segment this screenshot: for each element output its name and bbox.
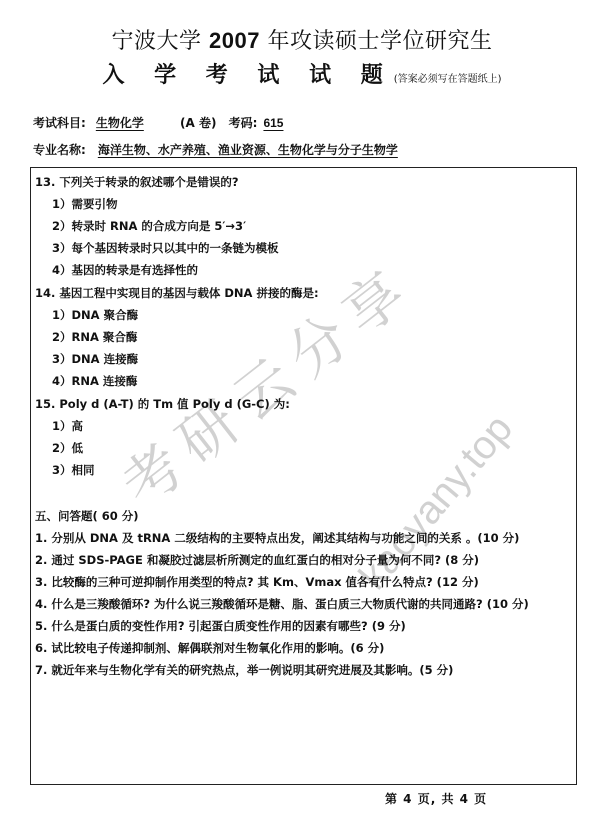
major-line: 专业名称:海洋生物、水产养殖、渔业资源、生物化学与分子生物学 [33,141,412,158]
title-prefix: 宁波大学 [112,29,202,54]
essay-question-7: 7. 就近年来与生物化学有关的研究热点，举一例说明其研究进展及其影响。(5 分) [35,662,453,678]
subtitle-text: 入 学 考 试 试 题 [102,63,393,88]
question-14-option-4: 4）RNA 连接酶 [52,373,137,389]
question-13-option-2: 2）转录时 RNA 的合成方向是 5′→3′ [52,218,246,234]
question-15-option-2: 2）低 [52,440,83,456]
question-15-option-3: 3）相同 [52,462,95,478]
paper-type: (A 卷) [180,116,216,130]
title-year: 2007 [209,28,260,53]
code-value: 615 [257,116,301,130]
essay-question-4: 4. 什么是三羧酸循环? 为什么说三羧酸循环是糖、脂、蛋白质三大物质代谢的共同通… [35,596,529,612]
section-5-heading: 五、问答题( 60 分) [35,508,139,524]
title-suffix: 年攻读硕士学位研究生 [267,29,492,54]
question-13-option-3: 3）每个基因转录时只以其中的一条链为模板 [52,240,279,256]
question-14-option-1: 1）DNA 聚合酶 [52,307,138,323]
question-14-option-3: 3）DNA 连接酶 [52,351,138,367]
essay-question-1: 1. 分别从 DNA 及 tRNA 二级结构的主要特点出发，阐述其结构与功能之间… [35,530,519,546]
subject-label: 考试科目: [33,116,86,130]
essay-question-2: 2. 通过 SDS-PAGE 和凝胶过滤层析所测定的血红蛋白的相对分子量为何不同… [35,552,479,568]
major-value: 海洋生物、水产养殖、渔业资源、生物化学与分子生物学 [86,141,412,158]
exam-subject-line: 考试科目:生物化学 (A 卷) 考码:615 [33,114,301,131]
question-13-option-1: 1）需要引物 [52,196,118,212]
subtitle-note: (答案必须写在答题纸上) [394,74,502,85]
question-13-stem: 13. 下列关于转录的叙述哪个是错误的? [35,174,239,190]
essay-question-3: 3. 比较酶的三种可逆抑制作用类型的特点? 其 Km、Vmax 值各有什么特点?… [35,574,479,590]
major-label: 专业名称: [33,143,86,157]
question-box [30,167,577,785]
question-14-option-2: 2）RNA 聚合酶 [52,329,137,345]
question-15-stem: 15. Poly d (A-T) 的 Tm 值 Poly d (G-C) 为: [35,396,290,412]
code-label: 考码: [229,116,258,130]
essay-question-5: 5. 什么是蛋白质的变性作用? 引起蛋白质变性作用的因素有哪些? (9 分) [35,618,406,634]
essay-question-6: 6. 试比较电子传递抑制剂、解偶联剂对生物氧化作用的影响。(6 分) [35,640,384,656]
question-14-stem: 14. 基因工程中实现目的基因与载体 DNA 拼接的酶是: [35,285,319,301]
page-title: 宁波大学 2007 年攻读硕士学位研究生 [0,24,604,55]
page-subtitle: 入 学 考 试 试 题(答案必须写在答题纸上) [0,58,604,89]
question-15-option-1: 1）高 [52,418,83,434]
question-13-option-4: 4）基因的转录是有选择性的 [52,262,198,278]
page-number: 第 4 页, 共 4 页 [385,790,487,807]
subject-value: 生物化学 [86,114,174,131]
